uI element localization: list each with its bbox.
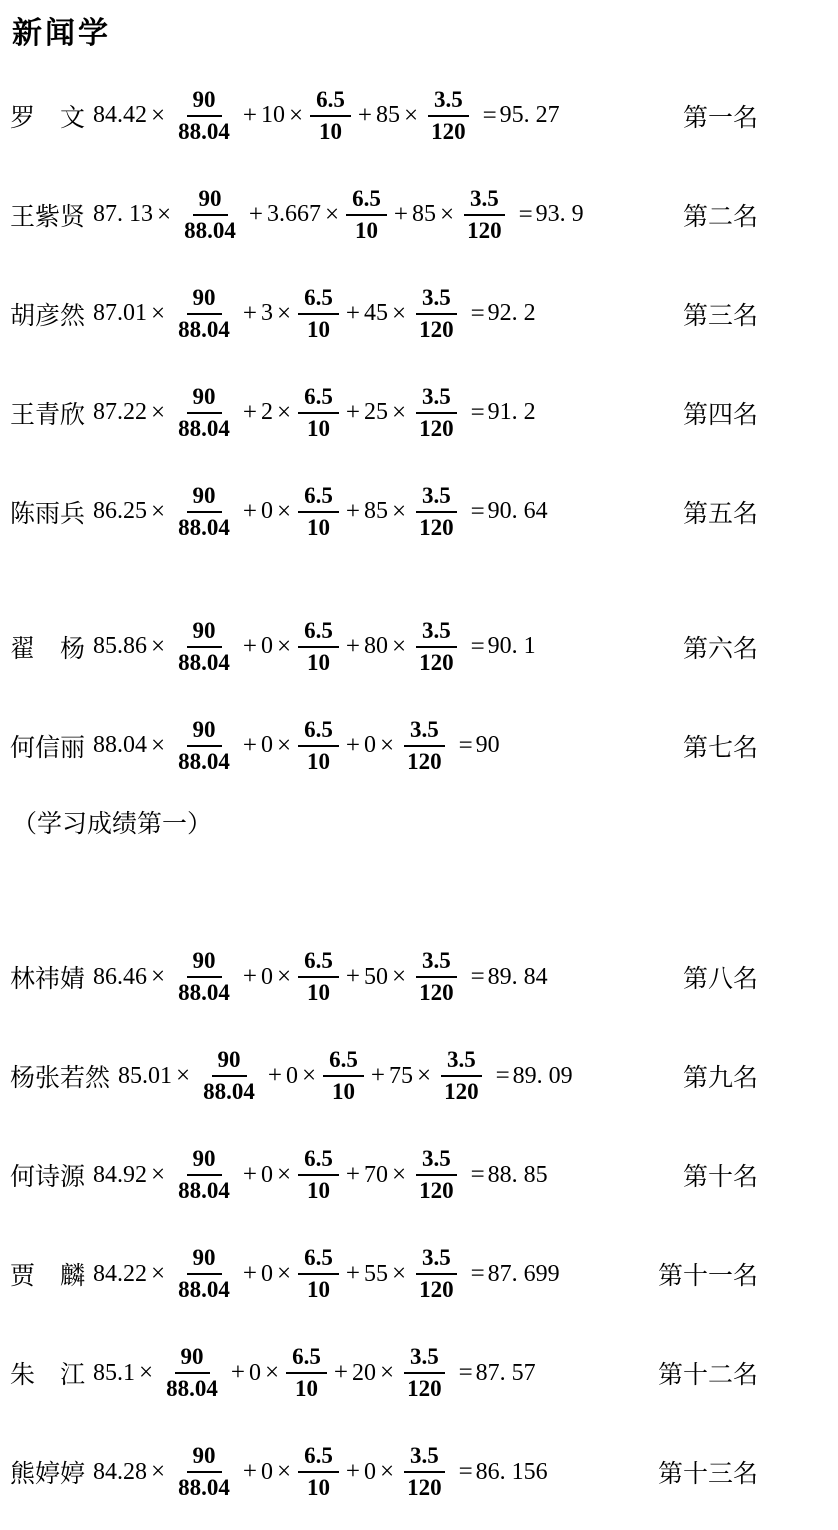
coefficient-1: 88.04 (93, 732, 147, 759)
equals-sign: = (463, 399, 488, 427)
multiply-sign: × (285, 102, 307, 130)
coefficient-2: 0 (261, 1162, 273, 1189)
coefficient-3: 0 (364, 1459, 376, 1486)
fraction-2-denominator: 10 (349, 216, 384, 245)
rank-label: 第三名 (683, 296, 758, 332)
coefficient-3: 45 (364, 300, 388, 327)
coefficient-3: 55 (364, 1261, 388, 1288)
score-row: 何信丽 88.04 × 90 88.04 + 0 × 6.5 10 + 0 × … (10, 696, 838, 795)
student-name: 熊婷婷 (10, 1454, 85, 1490)
fraction-3: 3.5 120 (401, 1442, 448, 1501)
score-row: 林祎婧 86.46 × 90 88.04 + 0 × 6.5 10 + 50 ×… (10, 928, 838, 1027)
equals-sign: = (463, 633, 488, 661)
fraction-2-numerator: 6.5 (310, 86, 351, 117)
multiply-sign: × (388, 633, 410, 661)
fraction-2: 6.5 10 (298, 947, 339, 1006)
multiply-sign: × (413, 1062, 435, 1090)
fraction-1-denominator: 88.04 (160, 1374, 224, 1403)
score-row: 朱 江 85.1 × 90 88.04 + 0 × 6.5 10 + 20 × … (10, 1324, 838, 1423)
fraction-3-denominator: 120 (461, 216, 508, 245)
fraction-3-denominator: 120 (413, 648, 460, 677)
fraction-3: 3.5 120 (425, 86, 472, 145)
fraction-1-denominator: 88.04 (172, 513, 236, 542)
fraction-1: 90 88.04 (172, 947, 236, 1006)
multiply-sign: × (147, 300, 169, 328)
fraction-1-numerator: 90 (175, 1343, 210, 1374)
plus-sign: + (342, 300, 364, 328)
fraction-2-denominator: 10 (301, 747, 336, 776)
coefficient-2: 0 (286, 1063, 298, 1090)
fraction-3-numerator: 3.5 (464, 185, 505, 216)
fraction-1-numerator: 90 (187, 383, 222, 414)
fraction-1-denominator: 88.04 (172, 747, 236, 776)
coefficient-1: 86.46 (93, 964, 147, 991)
coefficient-3: 70 (364, 1162, 388, 1189)
result-value: 89. 84 (488, 964, 548, 991)
plus-sign: + (239, 300, 261, 328)
multiply-sign: × (153, 201, 175, 229)
fraction-1: 90 88.04 (197, 1046, 261, 1105)
fraction-2-denominator: 10 (289, 1374, 324, 1403)
fraction-1-denominator: 88.04 (172, 414, 236, 443)
fraction-3-denominator: 120 (413, 414, 460, 443)
coefficient-1: 87.01 (93, 300, 147, 327)
coefficient-3: 50 (364, 964, 388, 991)
multiply-sign: × (388, 300, 410, 328)
fraction-2: 6.5 10 (346, 185, 387, 244)
rank-label: 第十二名 (658, 1355, 758, 1391)
multiply-sign: × (147, 498, 169, 526)
fraction-3-denominator: 120 (413, 978, 460, 1007)
fraction-3: 3.5 120 (413, 284, 460, 343)
fraction-1-denominator: 88.04 (178, 216, 242, 245)
score-list-bottom: 林祎婧 86.46 × 90 88.04 + 0 × 6.5 10 + 50 ×… (10, 928, 838, 1522)
equals-sign: = (451, 1458, 476, 1486)
fraction-2: 6.5 10 (298, 1244, 339, 1303)
fraction-3: 3.5 120 (401, 1343, 448, 1402)
fraction-2-numerator: 6.5 (286, 1343, 327, 1374)
fraction-1-denominator: 88.04 (172, 1473, 236, 1502)
fraction-1-numerator: 90 (187, 1442, 222, 1473)
fraction-3-numerator: 3.5 (416, 1244, 457, 1275)
fraction-2-denominator: 10 (326, 1077, 361, 1106)
multiply-sign: × (135, 1359, 157, 1387)
fraction-2: 6.5 10 (310, 86, 351, 145)
result-value: 90. 1 (488, 633, 536, 660)
equals-sign: = (463, 300, 488, 328)
multiply-sign: × (400, 102, 422, 130)
plus-sign: + (239, 1161, 261, 1189)
plus-sign: + (239, 1260, 261, 1288)
fraction-2-numerator: 6.5 (298, 1244, 339, 1275)
fraction-3-denominator: 120 (413, 1275, 460, 1304)
fraction-1-numerator: 90 (187, 1244, 222, 1275)
score-row: 王紫贤 87. 13 × 90 88.04 + 3.667 × 6.5 10 +… (10, 165, 838, 264)
score-row: 熊婷婷 84.28 × 90 88.04 + 0 × 6.5 10 + 0 × … (10, 1423, 838, 1522)
fraction-1: 90 88.04 (178, 185, 242, 244)
student-name: 王青欣 (10, 395, 85, 431)
multiply-sign: × (147, 1260, 169, 1288)
score-row: 陈雨兵 86.25 × 90 88.04 + 0 × 6.5 10 + 85 ×… (10, 462, 838, 561)
score-row: 杨张若然 85.01 × 90 88.04 + 0 × 6.5 10 + 75 … (10, 1027, 838, 1126)
multiply-sign: × (388, 963, 410, 991)
page-title: 新闻学 (12, 16, 838, 52)
fraction-1-numerator: 90 (187, 617, 222, 648)
coefficient-2: 0 (261, 633, 273, 660)
score-row: 罗 文 84.42 × 90 88.04 + 10 × 6.5 10 + 85 … (10, 66, 838, 165)
student-name: 林祎婧 (10, 959, 85, 995)
fraction-2-denominator: 10 (301, 648, 336, 677)
fraction-3-denominator: 120 (413, 1176, 460, 1205)
multiply-sign: × (261, 1359, 283, 1387)
rank-label: 第七名 (683, 728, 758, 764)
fraction-1-numerator: 90 (187, 482, 222, 513)
fraction-2-denominator: 10 (301, 978, 336, 1007)
coefficient-1: 87. 13 (93, 201, 153, 228)
score-row: 胡彦然 87.01 × 90 88.04 + 3 × 6.5 10 + 45 ×… (10, 264, 838, 363)
fraction-1-denominator: 88.04 (172, 315, 236, 344)
fraction-2: 6.5 10 (298, 716, 339, 775)
multiply-sign: × (376, 1458, 398, 1486)
coefficient-1: 85.01 (118, 1063, 172, 1090)
plus-sign: + (239, 1458, 261, 1486)
fraction-3: 3.5 120 (413, 383, 460, 442)
fraction-2-denominator: 10 (301, 1275, 336, 1304)
coefficient-2: 2 (261, 399, 273, 426)
fraction-3-denominator: 120 (413, 315, 460, 344)
multiply-sign: × (273, 1161, 295, 1189)
coefficient-2: 0 (261, 1459, 273, 1486)
equals-sign: = (463, 1161, 488, 1189)
multiply-sign: × (147, 1161, 169, 1189)
plus-sign: + (390, 201, 412, 229)
fraction-2-denominator: 10 (301, 414, 336, 443)
multiply-sign: × (273, 732, 295, 760)
coefficient-3: 20 (352, 1360, 376, 1387)
fraction-3-numerator: 3.5 (428, 86, 469, 117)
student-name: 杨张若然 (10, 1058, 110, 1094)
rank-label: 第六名 (683, 629, 758, 665)
student-name: 翟 杨 (10, 629, 85, 665)
fraction-2-numerator: 6.5 (298, 716, 339, 747)
rank-label: 第五名 (683, 494, 758, 530)
multiply-sign: × (147, 1458, 169, 1486)
multiply-sign: × (388, 1260, 410, 1288)
coefficient-2: 10 (261, 102, 285, 129)
plus-sign: + (342, 732, 364, 760)
coefficient-2: 3.667 (267, 201, 321, 228)
multiply-sign: × (273, 1458, 295, 1486)
fraction-1-denominator: 88.04 (172, 1176, 236, 1205)
multiply-sign: × (321, 201, 343, 229)
plus-sign: + (264, 1062, 286, 1090)
equals-sign: = (488, 1062, 513, 1090)
multiply-sign: × (147, 963, 169, 991)
result-value: 86. 156 (476, 1459, 548, 1486)
plus-sign: + (342, 963, 364, 991)
multiply-sign: × (298, 1062, 320, 1090)
plus-sign: + (239, 102, 261, 130)
score-row: 王青欣 87.22 × 90 88.04 + 2 × 6.5 10 + 25 ×… (10, 363, 838, 462)
score-row: 翟 杨 85.86 × 90 88.04 + 0 × 6.5 10 + 80 ×… (10, 597, 838, 696)
fraction-1: 90 88.04 (172, 716, 236, 775)
rank-label: 第十三名 (658, 1454, 758, 1490)
student-name: 王紫贤 (10, 197, 85, 233)
multiply-sign: × (273, 1260, 295, 1288)
coefficient-1: 87.22 (93, 399, 147, 426)
rank-label: 第四名 (683, 395, 758, 431)
plus-sign: + (239, 498, 261, 526)
plus-sign: + (342, 399, 364, 427)
rank-label: 第十一名 (658, 1256, 758, 1292)
plus-sign: + (342, 1260, 364, 1288)
student-name: 陈雨兵 (10, 494, 85, 530)
fraction-1: 90 88.04 (160, 1343, 224, 1402)
multiply-sign: × (436, 201, 458, 229)
multiply-sign: × (273, 633, 295, 661)
fraction-3-numerator: 3.5 (416, 617, 457, 648)
coefficient-1: 84.92 (93, 1162, 147, 1189)
fraction-1-numerator: 90 (187, 86, 222, 117)
coefficient-1: 84.42 (93, 102, 147, 129)
coefficient-2: 0 (261, 498, 273, 525)
result-value: 90 (476, 732, 500, 759)
fraction-1: 90 88.04 (172, 383, 236, 442)
score-row: 贾 麟 84.22 × 90 88.04 + 0 × 6.5 10 + 55 ×… (10, 1225, 838, 1324)
fraction-3-numerator: 3.5 (404, 1442, 445, 1473)
multiply-sign: × (147, 732, 169, 760)
plus-sign: + (239, 732, 261, 760)
coefficient-2: 0 (261, 732, 273, 759)
result-value: 91. 2 (488, 399, 536, 426)
fraction-2-denominator: 10 (301, 1473, 336, 1502)
fraction-2: 6.5 10 (286, 1343, 327, 1402)
student-name: 罗 文 (10, 98, 85, 134)
result-value: 87. 57 (476, 1360, 536, 1387)
result-value: 95. 27 (500, 102, 560, 129)
multiply-sign: × (388, 1161, 410, 1189)
fraction-2-numerator: 6.5 (298, 1442, 339, 1473)
fraction-2: 6.5 10 (323, 1046, 364, 1105)
fraction-1: 90 88.04 (172, 1442, 236, 1501)
fraction-2-denominator: 10 (313, 117, 348, 146)
fraction-3-denominator: 120 (438, 1077, 485, 1106)
fraction-3-numerator: 3.5 (441, 1046, 482, 1077)
rank-label: 第二名 (683, 197, 758, 233)
result-value: 90. 64 (488, 498, 548, 525)
fraction-3: 3.5 120 (461, 185, 508, 244)
multiply-sign: × (273, 963, 295, 991)
plus-sign: + (245, 201, 267, 229)
fraction-2-numerator: 6.5 (323, 1046, 364, 1077)
plus-sign: + (239, 963, 261, 991)
fraction-3-denominator: 120 (413, 513, 460, 542)
fraction-3-numerator: 3.5 (416, 383, 457, 414)
fraction-2-numerator: 6.5 (298, 947, 339, 978)
fraction-1-numerator: 90 (187, 716, 222, 747)
fraction-2-numerator: 6.5 (298, 1145, 339, 1176)
student-name: 朱 江 (10, 1355, 85, 1391)
coefficient-2: 0 (249, 1360, 261, 1387)
coefficient-2: 3 (261, 300, 273, 327)
coefficient-3: 85 (376, 102, 400, 129)
fraction-3-numerator: 3.5 (404, 1343, 445, 1374)
student-name: 何信丽 (10, 728, 85, 764)
plus-sign: + (227, 1359, 249, 1387)
coefficient-2: 0 (261, 1261, 273, 1288)
coefficient-1: 85.86 (93, 633, 147, 660)
score-row: 何诗源 84.92 × 90 88.04 + 0 × 6.5 10 + 70 ×… (10, 1126, 838, 1225)
rank-label: 第九名 (683, 1058, 758, 1094)
student-name: 贾 麟 (10, 1256, 85, 1292)
result-value: 87. 699 (488, 1261, 560, 1288)
fraction-3: 3.5 120 (438, 1046, 485, 1105)
plus-sign: + (239, 399, 261, 427)
rank-label: 第八名 (683, 959, 758, 995)
multiply-sign: × (147, 399, 169, 427)
fraction-1: 90 88.04 (172, 1244, 236, 1303)
multiply-sign: × (388, 399, 410, 427)
fraction-3-numerator: 3.5 (416, 1145, 457, 1176)
equals-sign: = (463, 963, 488, 991)
fraction-3: 3.5 120 (401, 716, 448, 775)
fraction-1-numerator: 90 (187, 284, 222, 315)
multiply-sign: × (147, 102, 169, 130)
fraction-3: 3.5 120 (413, 482, 460, 541)
fraction-1-numerator: 90 (187, 947, 222, 978)
coefficient-3: 85 (364, 498, 388, 525)
result-value: 93. 9 (536, 201, 584, 228)
coefficient-1: 84.28 (93, 1459, 147, 1486)
fraction-1-numerator: 90 (212, 1046, 247, 1077)
plus-sign: + (342, 633, 364, 661)
fraction-2-denominator: 10 (301, 513, 336, 542)
multiply-sign: × (273, 300, 295, 328)
fraction-3: 3.5 120 (413, 1145, 460, 1204)
fraction-3-numerator: 3.5 (416, 284, 457, 315)
fraction-3: 3.5 120 (413, 1244, 460, 1303)
fraction-2-numerator: 6.5 (346, 185, 387, 216)
fraction-1-denominator: 88.04 (172, 1275, 236, 1304)
fraction-1: 90 88.04 (172, 482, 236, 541)
coefficient-1: 85.1 (93, 1360, 135, 1387)
fraction-1-denominator: 88.04 (172, 648, 236, 677)
fraction-3-numerator: 3.5 (416, 947, 457, 978)
fraction-1: 90 88.04 (172, 617, 236, 676)
fraction-1-denominator: 88.04 (172, 978, 236, 1007)
rank-label: 第一名 (683, 98, 758, 134)
plus-sign: + (342, 1458, 364, 1486)
coefficient-3: 75 (389, 1063, 413, 1090)
fraction-2: 6.5 10 (298, 617, 339, 676)
fraction-2-numerator: 6.5 (298, 284, 339, 315)
coefficient-1: 84.22 (93, 1261, 147, 1288)
multiply-sign: × (376, 732, 398, 760)
fraction-1: 90 88.04 (172, 1145, 236, 1204)
fraction-2: 6.5 10 (298, 1442, 339, 1501)
fraction-1: 90 88.04 (172, 284, 236, 343)
coefficient-3: 25 (364, 399, 388, 426)
plus-sign: + (342, 498, 364, 526)
fraction-1-numerator: 90 (187, 1145, 222, 1176)
fraction-3: 3.5 120 (413, 617, 460, 676)
equals-sign: = (451, 1359, 476, 1387)
fraction-1-denominator: 88.04 (172, 117, 236, 146)
note-text: （学习成绩第一） (12, 809, 838, 842)
fraction-2-numerator: 6.5 (298, 383, 339, 414)
fraction-2-numerator: 6.5 (298, 617, 339, 648)
plus-sign: + (342, 1161, 364, 1189)
fraction-2-denominator: 10 (301, 1176, 336, 1205)
multiply-sign: × (273, 498, 295, 526)
coefficient-1: 86.25 (93, 498, 147, 525)
plus-sign: + (367, 1062, 389, 1090)
fraction-3-numerator: 3.5 (416, 482, 457, 513)
equals-sign: = (463, 1260, 488, 1288)
result-value: 92. 2 (488, 300, 536, 327)
fraction-3-denominator: 120 (401, 1374, 448, 1403)
fraction-1-denominator: 88.04 (197, 1077, 261, 1106)
result-value: 88. 85 (488, 1162, 548, 1189)
equals-sign: = (511, 201, 536, 229)
plus-sign: + (354, 102, 376, 130)
result-value: 89. 09 (513, 1063, 573, 1090)
fraction-3-denominator: 120 (401, 1473, 448, 1502)
fraction-3-denominator: 120 (401, 747, 448, 776)
fraction-1-numerator: 90 (193, 185, 228, 216)
rank-label: 第十名 (683, 1157, 758, 1193)
coefficient-3: 0 (364, 732, 376, 759)
coefficient-3: 80 (364, 633, 388, 660)
fraction-2: 6.5 10 (298, 482, 339, 541)
fraction-2: 6.5 10 (298, 284, 339, 343)
fraction-2-denominator: 10 (301, 315, 336, 344)
multiply-sign: × (172, 1062, 194, 1090)
student-name: 胡彦然 (10, 296, 85, 332)
fraction-1: 90 88.04 (172, 86, 236, 145)
multiply-sign: × (147, 633, 169, 661)
fraction-3-denominator: 120 (425, 117, 472, 146)
score-list-top: 罗 文 84.42 × 90 88.04 + 10 × 6.5 10 + 85 … (10, 66, 838, 795)
fraction-3-numerator: 3.5 (404, 716, 445, 747)
equals-sign: = (475, 102, 500, 130)
plus-sign: + (239, 633, 261, 661)
plus-sign: + (330, 1359, 352, 1387)
coefficient-2: 0 (261, 964, 273, 991)
student-name: 何诗源 (10, 1157, 85, 1193)
fraction-2-numerator: 6.5 (298, 482, 339, 513)
multiply-sign: × (388, 498, 410, 526)
multiply-sign: × (273, 399, 295, 427)
equals-sign: = (451, 732, 476, 760)
equals-sign: = (463, 498, 488, 526)
fraction-2: 6.5 10 (298, 383, 339, 442)
fraction-2: 6.5 10 (298, 1145, 339, 1204)
coefficient-3: 85 (412, 201, 436, 228)
fraction-3: 3.5 120 (413, 947, 460, 1006)
document-page: 新闻学 罗 文 84.42 × 90 88.04 + 10 × 6.5 10 +… (0, 0, 838, 1530)
multiply-sign: × (376, 1359, 398, 1387)
